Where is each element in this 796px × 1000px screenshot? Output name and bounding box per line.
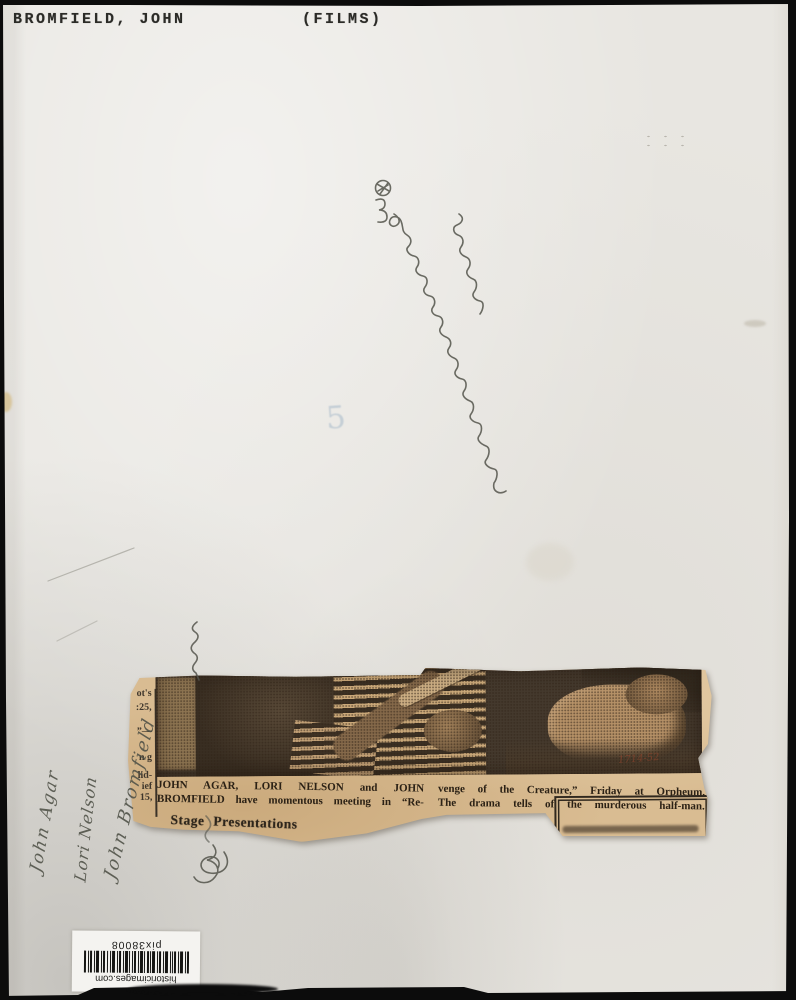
barcode [83,951,189,974]
paper-stain [0,392,12,412]
pencil-scratch-marks [48,548,134,641]
scan-edge-top [0,0,796,6]
newspaper-clipping-wrap: ot's :25, ”— n g lid- ief 15, [126,663,714,841]
smudged-print [563,825,699,833]
scan-edge-smudge [128,984,278,994]
handwritten-name-john-agar: John Agar [26,767,63,875]
circled-mark [376,181,391,196]
paper-specks [640,132,700,150]
typed-name-heading: BROMFIELD, JOHN [13,11,186,28]
blue-number-stamp: 5 [325,399,347,436]
newspaper-clipping: ot's :25, ”— n g lid- ief 15, [125,661,714,843]
barcode-number-text: pix38008 [111,939,162,951]
scanned-archive-card: BROMFIELD, JOHN (FILMS) 5 John Agar [0,0,796,1000]
handwritten-name-lori-nelson: Lori Nelson [71,774,101,884]
typed-category-heading: (FILMS) [302,11,383,28]
paper-stain [744,320,766,327]
paper-stain [526,543,574,581]
caption-column-1: JOHN AGAR, LORI NELSON and JOHN BROMFIEL… [157,779,424,810]
stage-presentations-heading: Stage Presentations [170,812,298,833]
scan-edge-left [0,0,10,1000]
barcode-website-text: historicimages.com [95,973,176,985]
margin-fragment: :25, [129,703,152,713]
scan-edge-right [785,0,796,1000]
clipping-ad-box [554,795,710,844]
margin-fragment: ot's [129,689,152,699]
